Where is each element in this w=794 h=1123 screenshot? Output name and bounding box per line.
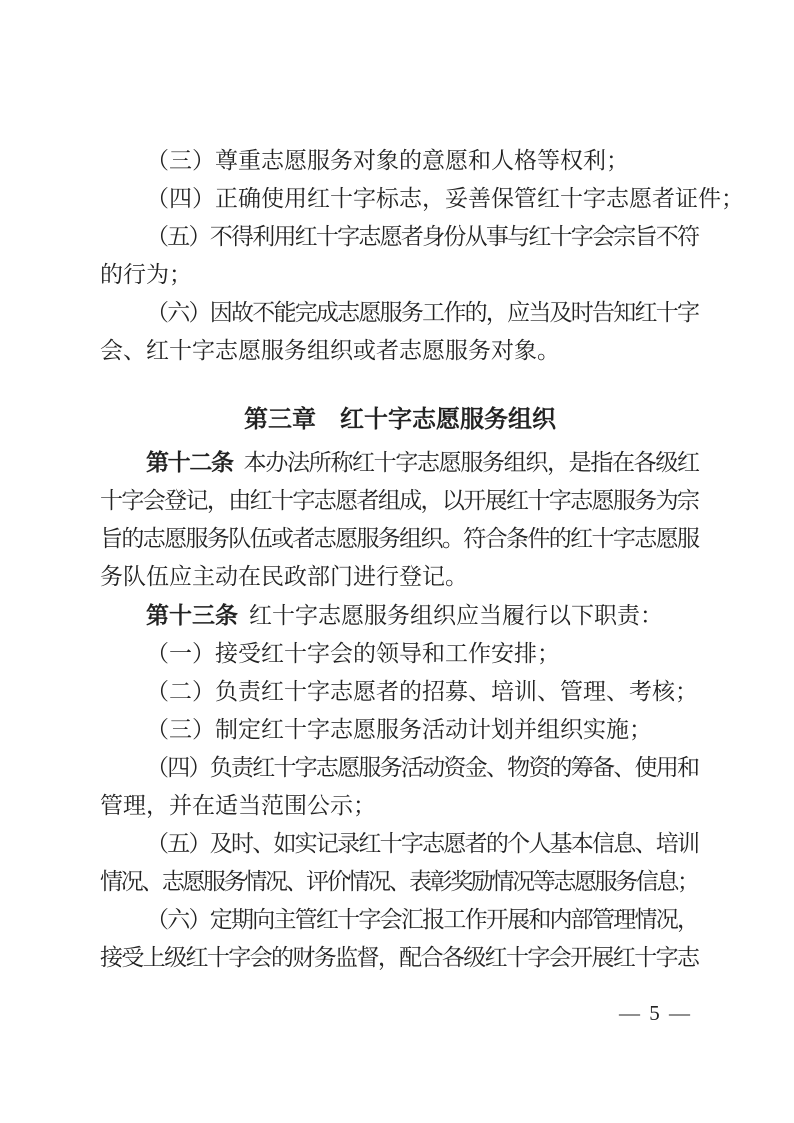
paragraph: （四）负责红十字志愿服务活动资金、物资的筹备、使用和管理，并在适当范围公示；: [100, 749, 700, 825]
text-line: （四）负责红十字志愿服务活动资金、物资的筹备、使用和: [100, 749, 700, 787]
text-line: （四）正确使用红十字标志，妥善保管红十字志愿者证件；: [100, 180, 700, 218]
text-line: （三）制定红十字志愿服务活动计划并组织实施；: [100, 711, 700, 749]
paragraph: （五）不得利用红十字志愿者身份从事与红十字会宗旨不符的行为；: [100, 218, 700, 294]
page-number: — 5 —: [619, 1001, 692, 1026]
text-run: （六）定期向主管红十字会汇报工作开展和内部管理情况，: [146, 907, 698, 932]
text-line: 的行为；: [100, 256, 700, 294]
chapter-heading: 第三章 红十字志愿服务组织: [100, 400, 700, 440]
document-body: （三）尊重志愿服务对象的意愿和人格等权利；（四）正确使用红十字标志，妥善保管红十…: [100, 142, 700, 977]
text-line: （六）因故不能完成志愿服务工作的，应当及时告知红十字: [100, 294, 700, 332]
text-line: 情况、志愿服务情况、评价情况、表彰奖励情况等志愿服务信息；: [100, 863, 700, 901]
paragraph: 第十二条本办法所称红十字志愿服务组织，是指在各级红十字会登记，由红十字志愿者组成…: [100, 443, 700, 596]
text-run: （六）因故不能完成志愿服务工作的，应当及时告知红十字: [146, 300, 698, 325]
text-run: （三）尊重志愿服务对象的意愿和人格等权利；: [146, 148, 629, 173]
paragraph: （五）及时、如实记录红十字志愿者的个人基本信息、培训情况、志愿服务情况、评价情况…: [100, 825, 700, 901]
text-run: （二）负责红十字志愿者的招募、培训、管理、考核；: [146, 679, 698, 704]
text-run: （五）及时、如实记录红十字志愿者的个人基本信息、培训: [146, 831, 698, 856]
paragraph: （六）因故不能完成志愿服务工作的，应当及时告知红十字会、红十字志愿服务组织或者志…: [100, 294, 700, 370]
document-page: （三）尊重志愿服务对象的意愿和人格等权利；（四）正确使用红十字标志，妥善保管红十…: [0, 0, 794, 1123]
text-line: 会、红十字志愿服务组织或者志愿服务对象。: [100, 332, 700, 370]
text-run: 接受上级红十字会的财务监督，配合各级红十字会开展红十字志: [100, 945, 698, 970]
paragraph: （六）定期向主管红十字会汇报工作开展和内部管理情况，接受上级红十字会的财务监督，…: [100, 901, 700, 977]
paragraph: （三）尊重志愿服务对象的意愿和人格等权利；: [100, 142, 700, 180]
paragraph: 第十三条红十字志愿服务组织应当履行以下职责：: [100, 596, 700, 635]
text-line: （二）负责红十字志愿者的招募、培训、管理、考核；: [100, 673, 700, 711]
text-run: （四）负责红十字志愿服务活动资金、物资的筹备、使用和: [146, 755, 698, 780]
text-line: 十字会登记，由红十字志愿者组成，以开展红十字志愿服务为宗: [100, 482, 700, 520]
text-line: （三）尊重志愿服务对象的意愿和人格等权利；: [100, 142, 700, 180]
text-run: 会、红十字志愿服务组织或者志愿服务对象。: [100, 338, 560, 363]
text-line: 务队伍应主动在民政部门进行登记。: [100, 558, 700, 596]
bold-run: 第十二条: [146, 449, 233, 475]
text-line: 管理，并在适当范围公示；: [100, 787, 700, 825]
text-line: （五）及时、如实记录红十字志愿者的个人基本信息、培训: [100, 825, 700, 863]
text-run: 十字会登记，由红十字志愿者组成，以开展红十字志愿服务为宗: [100, 488, 698, 513]
bold-run: 第三章 红十字志愿服务组织: [244, 406, 556, 433]
text-run: 的行为；: [100, 262, 192, 287]
text-run: （一）接受红十字会的领导和工作安排；: [146, 641, 560, 666]
text-line: 第三章 红十字志愿服务组织: [100, 400, 700, 440]
text-run: 务队伍应主动在民政部门进行登记。: [100, 564, 468, 589]
text-line: （五）不得利用红十字志愿者身份从事与红十字会宗旨不符: [100, 218, 700, 256]
text-run: （三）制定红十字志愿服务活动计划并组织实施；: [146, 717, 652, 742]
text-run: 本办法所称红十字志愿服务组织，是指在各级红: [244, 450, 699, 475]
paragraph: （一）接受红十字会的领导和工作安排；: [100, 635, 700, 673]
paragraph: （三）制定红十字志愿服务活动计划并组织实施；: [100, 711, 700, 749]
text-run: 红十字志愿服务组织应当履行以下职责：: [249, 603, 663, 628]
text-run: 管理，并在适当范围公示；: [100, 793, 376, 818]
bold-run: 第十三条: [146, 602, 238, 628]
text-line: 第十三条红十字志愿服务组织应当履行以下职责：: [100, 596, 700, 635]
text-run: 旨的志愿服务队伍或者志愿服务组织。符合条件的红十字志愿服: [100, 526, 698, 551]
text-line: 接受上级红十字会的财务监督，配合各级红十字会开展红十字志: [100, 939, 700, 977]
text-line: （一）接受红十字会的领导和工作安排；: [100, 635, 700, 673]
text-line: （六）定期向主管红十字会汇报工作开展和内部管理情况，: [100, 901, 700, 939]
text-line: 第十二条本办法所称红十字志愿服务组织，是指在各级红: [100, 443, 700, 482]
text-run: （五）不得利用红十字志愿者身份从事与红十字会宗旨不符: [146, 224, 698, 249]
text-run: 情况、志愿服务情况、评价情况、表彰奖励情况等志愿服务信息；: [100, 869, 698, 894]
paragraph: （二）负责红十字志愿者的招募、培训、管理、考核；: [100, 673, 700, 711]
text-run: （四）正确使用红十字标志，妥善保管红十字志愿者证件；: [146, 186, 744, 211]
paragraph: （四）正确使用红十字标志，妥善保管红十字志愿者证件；: [100, 180, 700, 218]
text-line: 旨的志愿服务队伍或者志愿服务组织。符合条件的红十字志愿服: [100, 520, 700, 558]
